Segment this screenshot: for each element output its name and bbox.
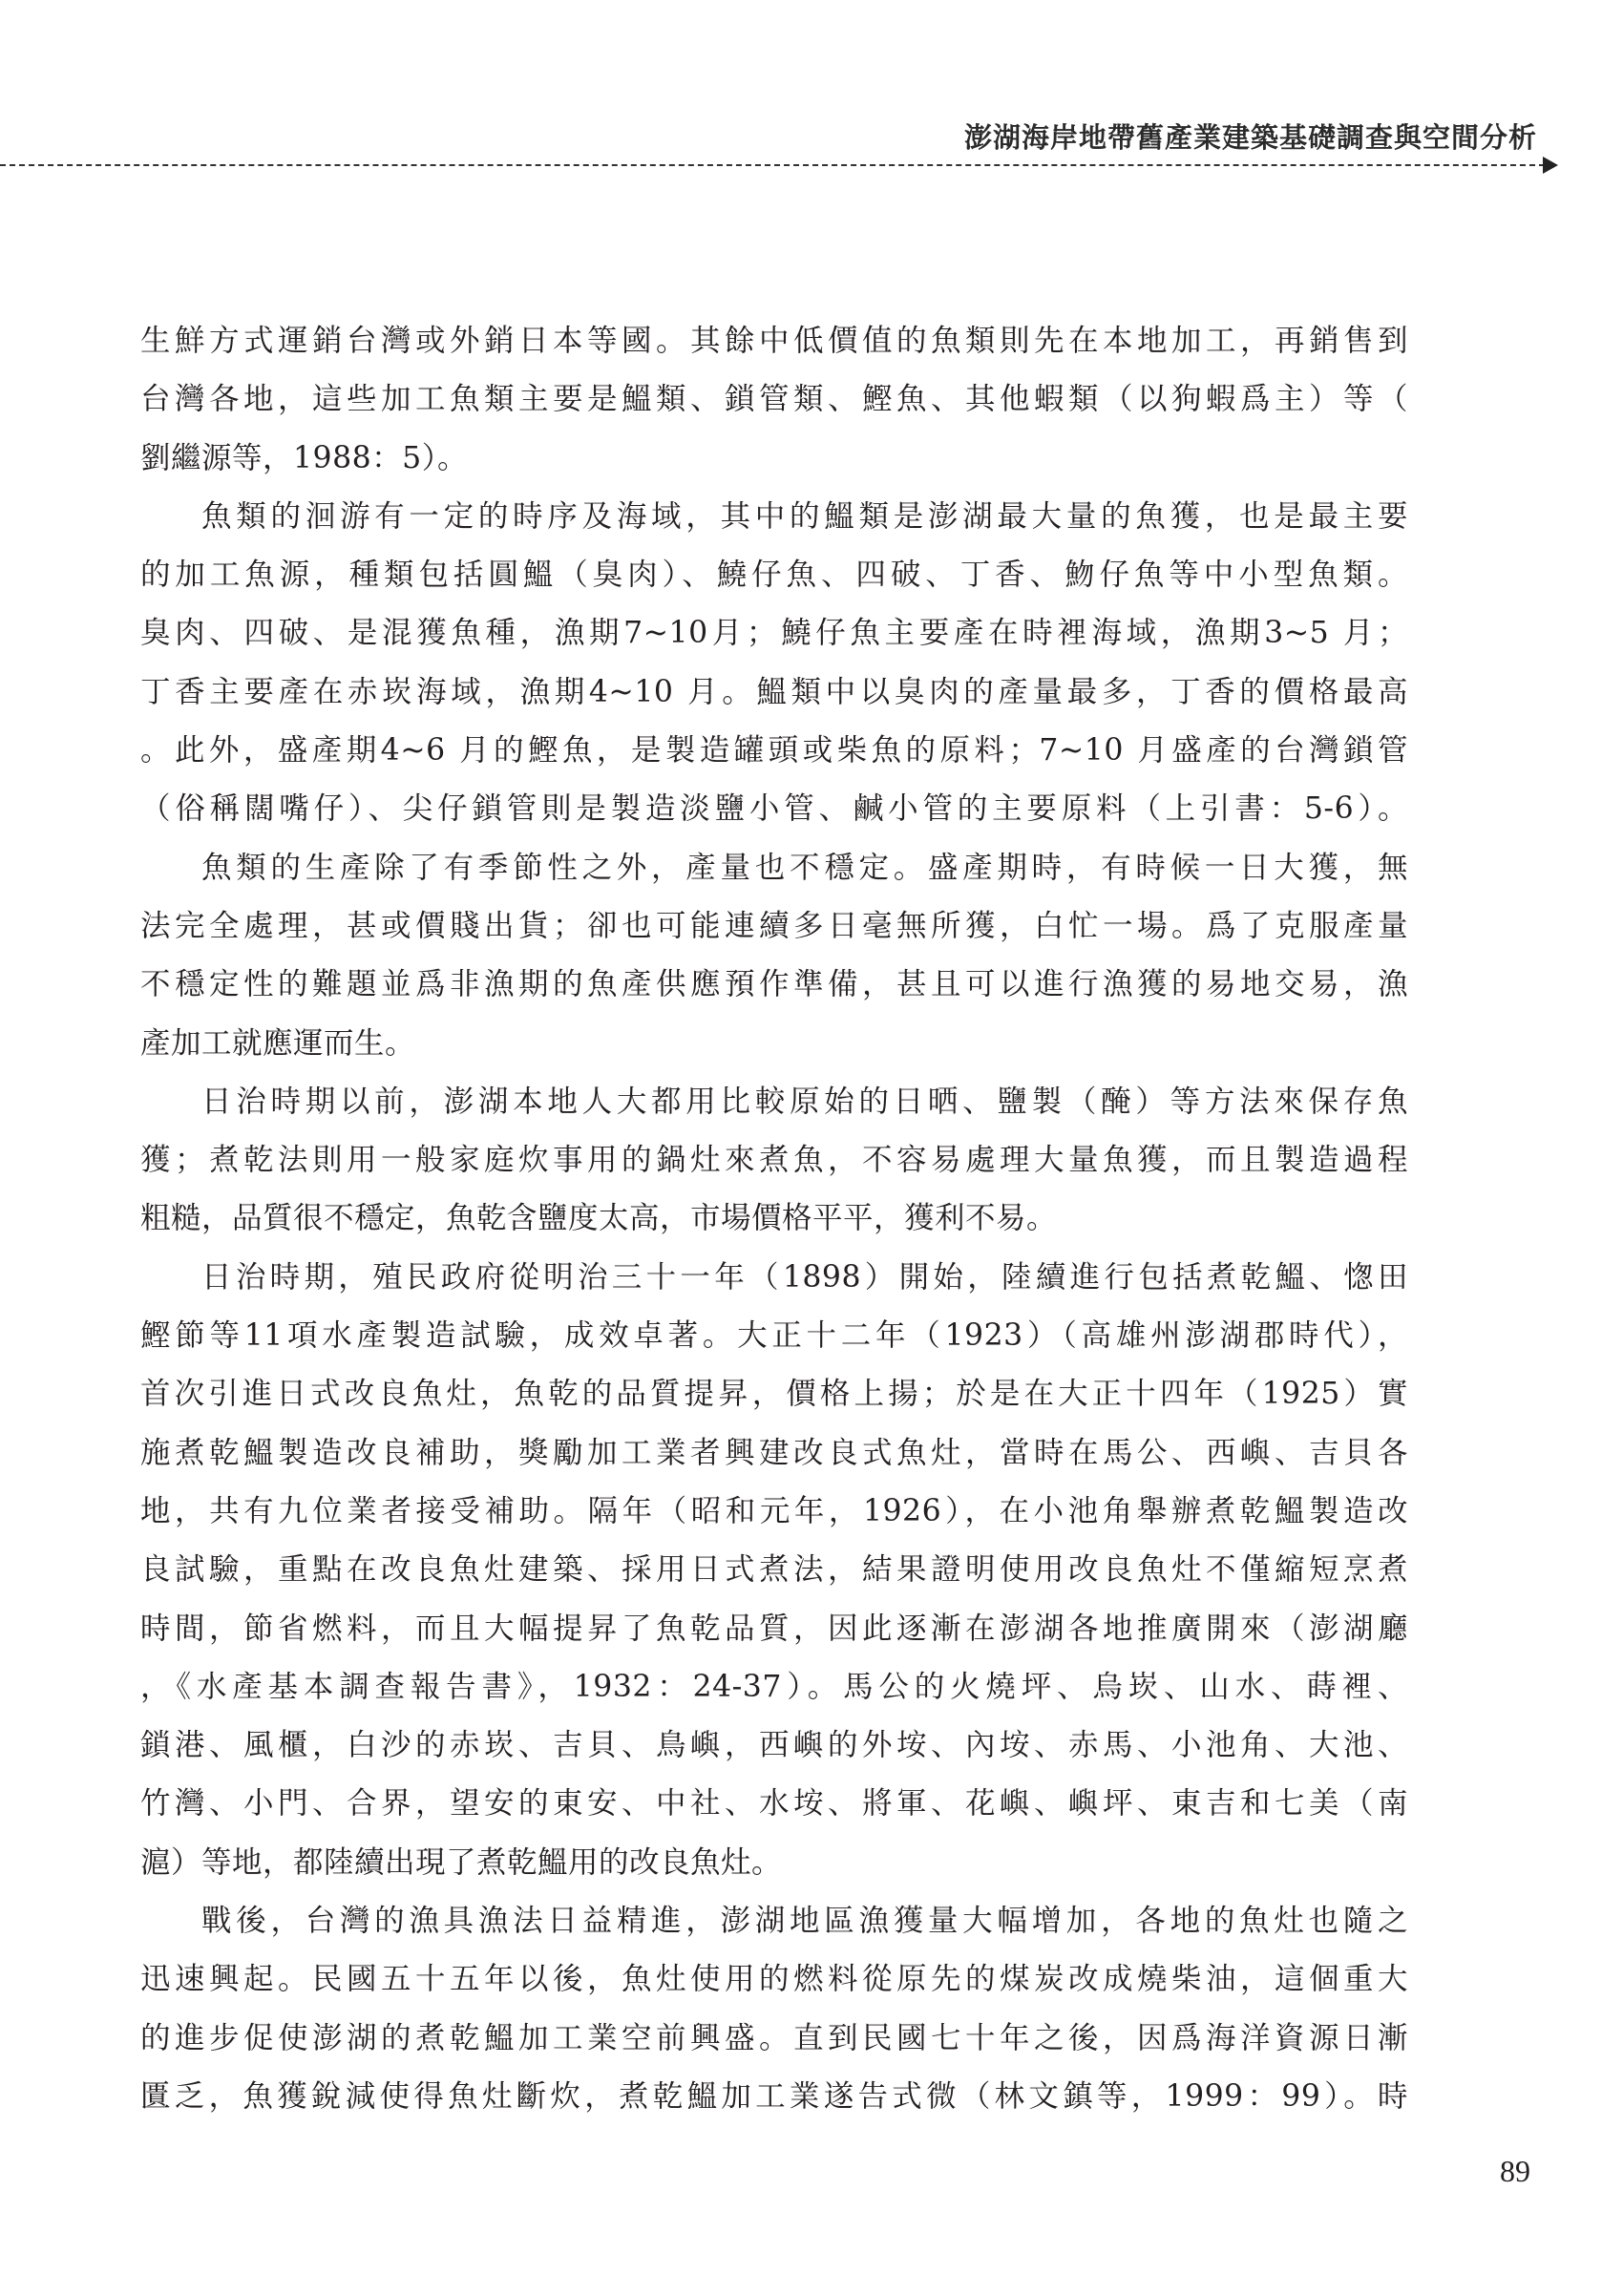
text-line: 魚類的生產除了有季節性之外，產量也不穩定。盛產期時，有時候一日大獲，無	[140, 839, 1408, 897]
text-line: 臭肉、四破、是混獲魚種，漁期7~10月；鱙仔魚主要產在時裡海域，漁期3~5 月；	[140, 604, 1408, 663]
text-line: 匱乏，魚獲銳減使得魚灶斷炊，煮乾鰮加工業遂告式微（林文鎮等，1999：99）。時	[140, 2068, 1408, 2126]
text-line: 時間，節省燃料，而且大幅提昇了魚乾品質，因此逐漸在澎湖各地推廣開來（澎湖廳	[140, 1600, 1408, 1658]
text-line: ，《水產基本調查報告書》，1932：24-37）。馬公的火燒坪、烏崁、山水、蒔裡…	[140, 1658, 1408, 1717]
text-line: 不穩定性的難題並爲非漁期的魚產供應預作準備，甚且可以進行漁獲的易地交易，漁	[140, 956, 1408, 1014]
text-line: 獲；煮乾法則用一般家庭炊事用的鍋灶來煮魚，不容易處理大量魚獲，而且製造過程	[140, 1131, 1408, 1190]
text-line: 產加工就應運而生。	[140, 1015, 1408, 1073]
text-line: 法完全處理，甚或價賤出貨；卻也可能連續多日毫無所獲，白忙一場。爲了克服產量	[140, 897, 1408, 956]
text-line: 滬）等地，都陸續出現了煮乾鰮用的改良魚灶。	[140, 1834, 1408, 1892]
arrow-right-icon	[1543, 157, 1558, 174]
text-line: 粗糙，品質很不穩定，魚乾含鹽度太高，市場價格平平，獲利不易。	[140, 1190, 1408, 1248]
text-line: 戰後，台灣的漁具漁法日益精進，澎湖地區漁獲量大幅增加，各地的魚灶也隨之	[140, 1892, 1408, 1950]
text-line: 台灣各地，這些加工魚類主要是鰮類、鎖管類、鰹魚、其他蝦類（以狗蝦爲主）等（	[140, 370, 1408, 429]
text-line: 劉繼源等，1988：5）。	[140, 430, 1408, 488]
text-line: 迅速興起。民國五十五年以後，魚灶使用的燃料從原先的煤炭改成燒柴油，這個重大	[140, 1950, 1408, 2009]
text-line: 生鮮方式運銷台灣或外銷日本等國。其餘中低價值的魚類則先在本地加工，再銷售到	[140, 312, 1408, 370]
page-number: 89	[1500, 2154, 1530, 2189]
body-text: 生鮮方式運銷台灣或外銷日本等國。其餘中低價值的魚類則先在本地加工，再銷售到 台灣…	[140, 312, 1408, 2126]
text-line: 魚類的洄游有一定的時序及海域，其中的鰮類是澎湖最大量的魚獲，也是最主要	[140, 488, 1408, 546]
text-line: 竹灣、小門、合界，望安的東安、中社、水垵、將軍、花嶼、嶼坪、東吉和七美（南	[140, 1775, 1408, 1833]
text-line: 首次引進日式改良魚灶，魚乾的品質提昇，價格上揚；於是在大正十四年（1925）實	[140, 1365, 1408, 1423]
text-line: 日治時期，殖民政府從明治三十一年（1898）開始，陸續進行包括煮乾鰮、愡田	[140, 1249, 1408, 1307]
text-line: 施煮乾鰮製造改良補助，獎勵加工業者興建改良式魚灶，當時在馬公、西嶼、吉貝各	[140, 1424, 1408, 1483]
text-line: 鰹節等11項水產製造試驗，成效卓著。大正十二年（1923）（高雄州澎湖郡時代），	[140, 1307, 1408, 1365]
text-line: 鎖港、風櫃，白沙的赤崁、吉貝、鳥嶼，西嶼的外垵、內垵、赤馬、小池角、大池、	[140, 1717, 1408, 1775]
text-line: （俗稱闊嘴仔）、尖仔鎖管則是製造淡鹽小管、鹹小管的主要原料（上引書：5-6）。	[140, 780, 1408, 838]
header-dashed-rule	[0, 164, 1545, 166]
running-header-title: 澎湖海岸地帶舊產業建築基礎調查與空間分析	[964, 116, 1537, 156]
text-line: 。此外，盛產期4~6 月的鰹魚，是製造罐頭或柴魚的原料；7~10 月盛產的台灣鎖…	[140, 722, 1408, 780]
text-line: 日治時期以前，澎湖本地人大都用比較原始的日晒、鹽製（醃）等方法來保存魚	[140, 1073, 1408, 1131]
text-line: 地，共有九位業者接受補助。隔年（昭和元年，1926），在小池角舉辦煮乾鰮製造改	[140, 1483, 1408, 1541]
text-line: 的加工魚源，種類包括圓鰮（臭肉）、鱙仔魚、四破、丁香、魩仔魚等中小型魚類。	[140, 546, 1408, 604]
text-line: 的進步促使澎湖的煮乾鰮加工業空前興盛。直到民國七十年之後，因爲海洋資源日漸	[140, 2010, 1408, 2068]
text-line: 良試驗，重點在改良魚灶建築、採用日式煮法，結果證明使用改良魚灶不僅縮短烹煮	[140, 1541, 1408, 1599]
text-line: 丁香主要產在赤崁海域，漁期4~10 月。鰮類中以臭肉的產量最多，丁香的價格最高	[140, 664, 1408, 722]
